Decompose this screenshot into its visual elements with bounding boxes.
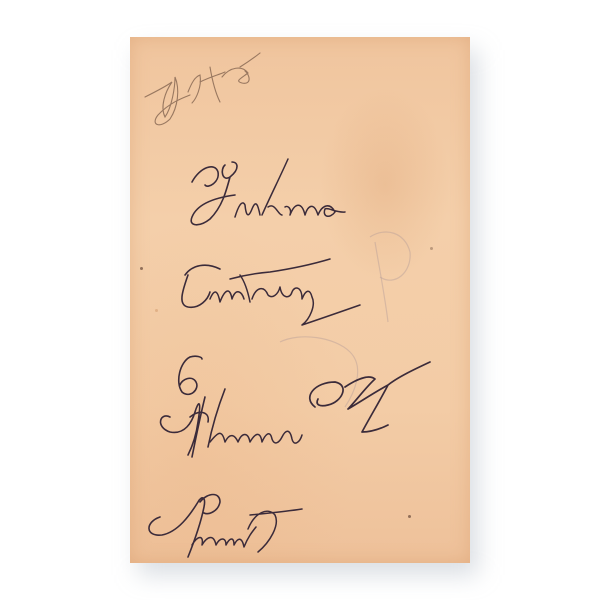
handwritten-word-yuliana: Yuliana: [190, 187, 301, 222]
handwritten-flourish-m: M: [320, 377, 361, 423]
paper-speck: [430, 247, 433, 250]
handwritten-numeral-6: 6: [175, 355, 194, 390]
paper-speck: [155, 309, 158, 312]
handwritten-word-neamt: Neamț: [150, 502, 252, 537]
handwritten-word-maria: Maria: [160, 412, 250, 447]
paper-page: Dsistie Yuliana Curtean 6 Maria M Neamț: [130, 37, 470, 563]
paper-speck: [408, 515, 411, 518]
pencil-signature-text: Dsistie: [145, 67, 221, 92]
paper-speck: [140, 267, 143, 270]
handwritten-word-curtean: Curtean: [175, 272, 299, 307]
